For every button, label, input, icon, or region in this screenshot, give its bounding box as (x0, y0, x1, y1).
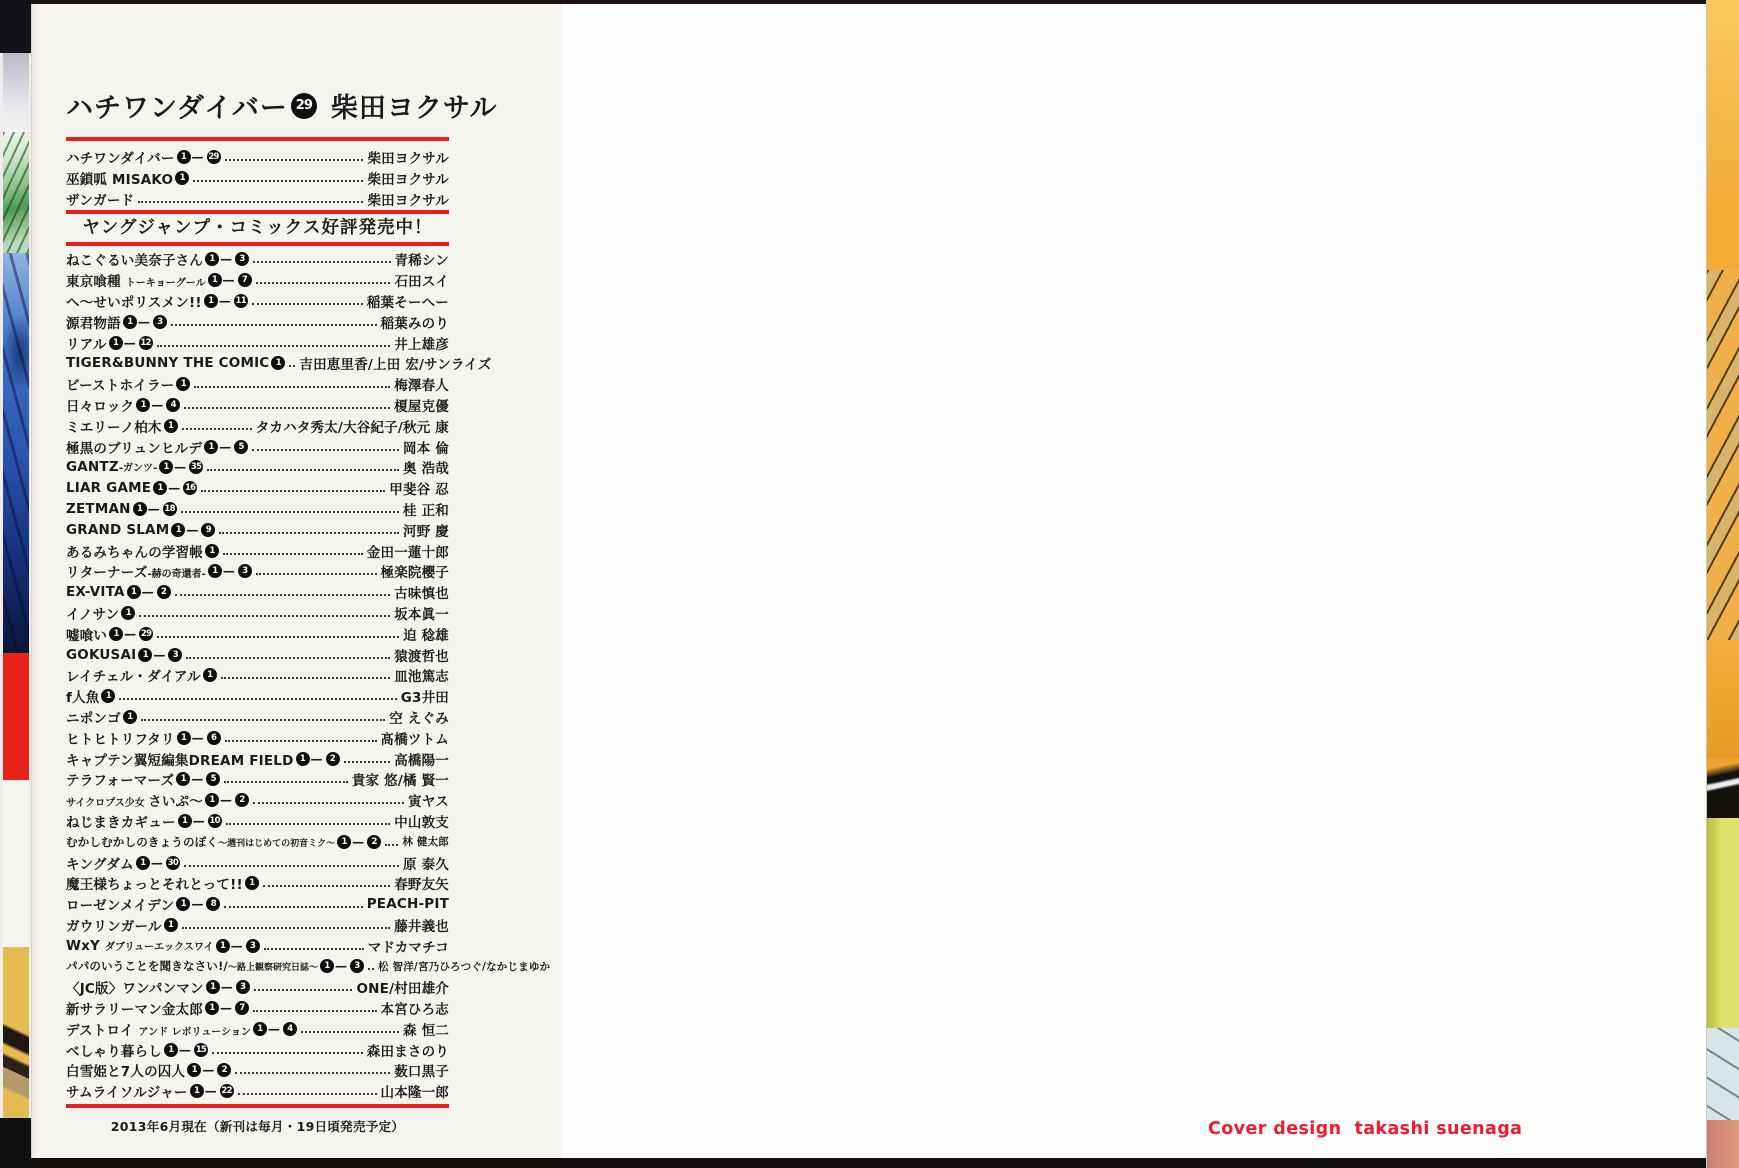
series-title: ザンガード (66, 189, 134, 209)
volume-badge-end: 16 (183, 481, 197, 495)
dot-leader (171, 324, 377, 326)
series-row: イノサン1坂本眞一 (66, 603, 449, 624)
cover-design-credit: Cover design takashi suenaga (1208, 1119, 1522, 1139)
series-row: むかしむかしのきょうのぼく〜週刊はじめての初音ミク〜1—2林 健太郎 (66, 831, 449, 852)
volume-badge-end: 9 (201, 523, 215, 537)
dot-leader (225, 159, 364, 161)
volume-range-dash: — (221, 980, 233, 994)
series-row: サムライソルジャー1—22山本隆一郎 (66, 1081, 449, 1102)
series-title-segment: トーキョーグール (126, 278, 206, 289)
series-title: WxY ダブリューエックスワイ (66, 938, 214, 954)
series-title-segment: 巫鎖呱 MISAKO (66, 172, 173, 188)
volume-badge-end: 3 (168, 648, 182, 662)
series-title-segment: ねじまきカギュー (66, 815, 176, 831)
series-author: 松 智洋/宮乃ひろつぐ/なかじまゆか (378, 959, 550, 974)
series-title: あるみちゃんの学習帳 (66, 541, 203, 561)
dot-leader (238, 1093, 377, 1095)
volume-badge-start: 1 (176, 897, 190, 911)
volume-range-dash: — (186, 523, 198, 537)
series-author: 森田まさのり (367, 1040, 449, 1060)
series-title-segment: あるみちゃんの学習帳 (66, 545, 203, 561)
red-rule (66, 137, 449, 141)
volume-range-dash: — (148, 502, 160, 516)
series-title-segment: TIGER&BUNNY THE COMIC (66, 355, 269, 371)
series-title: f人魚 (66, 686, 99, 706)
dot-leader (385, 844, 398, 846)
cover-art-right-bleed (1706, 0, 1739, 1168)
volume-badge-start: 1 (337, 835, 351, 849)
series-title-segment: パパのいうことを聞きなさい!/ (66, 959, 228, 973)
volume-badge-end: 7 (238, 273, 252, 287)
red-rule (66, 210, 449, 214)
series-title-segment: 〜路上観察研究日誌〜 (228, 963, 318, 973)
volume-badge-end: 2 (326, 752, 340, 766)
series-title-segment: デストロイ (66, 1023, 138, 1039)
volume-range-dash: — (220, 252, 232, 266)
series-title-segment: アンド レボリューション (138, 1027, 250, 1038)
series-title: ヒトヒトリフタリ (66, 728, 175, 748)
series-title: ビーストホイラー (66, 374, 174, 394)
series-title: 嘘喰い (66, 624, 107, 644)
series-title: ローゼンメイデン (66, 894, 174, 914)
series-title-segment: 源君物語 (66, 316, 121, 332)
series-author: 春野友矢 (394, 873, 449, 893)
series-title: 巫鎖呱 MISAKO (66, 168, 173, 188)
series-title-segment: WxY (66, 938, 105, 954)
volume-badge-start: 1 (178, 814, 192, 828)
series-row: リターナーズ-赫の奇還者-1—3極楽院櫻子 (66, 561, 449, 582)
volume-range-dash: — (168, 481, 180, 495)
series-title-segment: 〜週刊はじめての初音ミク〜 (218, 839, 335, 849)
right-bleed-black-diagonal (1707, 758, 1739, 818)
series-title-segment: 東京喰種 (66, 274, 126, 290)
dot-leader (139, 615, 390, 617)
series-author: G3井田 (401, 686, 449, 706)
series-row: TIGER&BUNNY THE COMIC1吉田恵里香/上田 宏/サンライズ (66, 353, 449, 374)
volume-badge-start: 1 (176, 772, 190, 786)
series-title-segment: ビーストホイラー (66, 378, 174, 394)
volume-badge-end: 18 (163, 502, 177, 516)
series-row: サイクロプス少女 さいぷ〜1—2寅ヤス (66, 790, 449, 811)
volume-badge-end: 2 (217, 1063, 231, 1077)
volume-badge-end: 3 (235, 252, 249, 266)
series-row: ザンガード柴田ヨクサル (66, 189, 449, 210)
dot-leader (368, 968, 374, 970)
volume-range-dash: — (202, 1063, 214, 1077)
volume-badge-start: 1 (109, 627, 123, 641)
dot-leader (184, 865, 399, 867)
series-row: キングダム1—30原 泰久 (66, 852, 449, 873)
volume-badge-start: 1 (208, 273, 222, 287)
volume-badge-start: 1 (175, 171, 189, 185)
series-row: 嘘喰い1—29迫 稔雄 (66, 623, 449, 644)
series-title: 魔王様ちょっとそれとって!! (66, 873, 243, 893)
volume-badge-end: 22 (220, 1084, 234, 1098)
volume-badge-start: 1 (121, 606, 135, 620)
dot-leader (221, 677, 390, 679)
series-row: 巫鎖呱 MISAKO1柴田ヨクサル (66, 167, 449, 188)
volume-range-dash: — (219, 440, 231, 454)
right-bleed-orange-mid (1707, 640, 1739, 758)
dot-leader (225, 740, 377, 742)
volume-range-dash: — (142, 585, 154, 599)
volume-badge-start: 1 (101, 689, 115, 703)
series-title: むかしむかしのきょうのぼく〜週刊はじめての初音ミク〜 (66, 834, 335, 850)
volume-range-dash: — (138, 315, 150, 329)
volume-range-dash: — (151, 856, 163, 870)
red-rule (66, 1104, 449, 1108)
volume-range-dash: — (223, 273, 235, 287)
publication-date-note: 2013年6月現在（新刊は毎月・19日頃発売予定） (66, 1117, 449, 1135)
series-title: ZETMAN (66, 501, 131, 517)
volume-badge-end: 2 (157, 585, 171, 599)
series-title-segment: ねこぐるい美奈子さん (66, 253, 203, 269)
series-author: 稲葉そーへー (367, 291, 449, 311)
dot-leader (186, 657, 390, 659)
series-author: 猿渡哲也 (394, 645, 449, 665)
series-row: ねこぐるい美奈子さん1—3青稀シン (66, 249, 449, 270)
series-title-segment: キャプテン翼短編集DREAM FIELD (66, 753, 294, 769)
series-row: 日々ロック1—4榎屋克優 (66, 395, 449, 416)
volume-badge-start: 1 (127, 585, 141, 599)
dot-leader (254, 989, 353, 991)
series-row: レイチェル・ダイアル1皿池篤志 (66, 665, 449, 686)
dot-leader (157, 636, 399, 638)
volume-range-dash: — (268, 1022, 280, 1036)
dot-leader (194, 386, 390, 388)
series-title: LIAR GAME (66, 480, 151, 496)
series-title-segment: 魔王様ちょっとそれとって!! (66, 877, 243, 893)
left-bleed-yellow-art (3, 947, 29, 1118)
series-author: 梅澤春人 (394, 374, 449, 394)
volume-range-dash: — (191, 772, 203, 786)
series-title-segment: さいぷ〜 (148, 794, 203, 810)
left-bleed-white (3, 780, 29, 947)
series-author: 中山敦支 (394, 811, 449, 831)
volume-badge-end: 2 (235, 793, 249, 807)
series-author: 空 えぐみ (389, 707, 449, 727)
dot-leader (141, 719, 385, 721)
series-author: 林 健太郎 (402, 834, 449, 849)
volume-badge-start: 1 (177, 150, 191, 164)
dot-leader (157, 345, 391, 347)
dot-leader (138, 201, 363, 203)
series-row: LIAR GAME1—16甲斐谷 忍 (66, 478, 449, 499)
right-bleed-pale-blue (1707, 1028, 1739, 1120)
dot-leader (119, 698, 396, 700)
series-title-segment: イノサン (66, 607, 119, 623)
series-title: べしゃり暮らし (66, 1040, 162, 1060)
left-bleed-black-top (0, 0, 31, 53)
dot-leader (256, 282, 391, 284)
volume-badge-end: 4 (283, 1022, 297, 1036)
dot-leader (252, 449, 399, 451)
series-row: 極黒のブリュンヒルデ1—5岡本 倫 (66, 436, 449, 457)
volume-badge-start: 1 (109, 336, 123, 350)
dot-leader (253, 1010, 377, 1012)
series-author: 柴田ヨクサル (367, 168, 449, 188)
right-bleed-orange-top (1707, 0, 1739, 270)
series-author: マドカマチコ (368, 936, 449, 956)
series-title-segment: ザンガード (66, 193, 134, 209)
series-title-segment: 極黒のブリュンヒルデ (66, 441, 202, 457)
volume-badge-end: 3 (153, 315, 167, 329)
volume-badge-end: 12 (139, 336, 153, 350)
dot-leader (224, 906, 362, 908)
series-title: イノサン (66, 603, 119, 623)
series-author: 岡本 倫 (403, 437, 449, 457)
volume-range-dash: — (335, 959, 347, 973)
volume-badge-end: 7 (235, 1001, 249, 1015)
volume-badge-end: 30 (166, 856, 180, 870)
series-title: GRAND SLAM (66, 522, 169, 538)
right-blank-page (562, 4, 1706, 1158)
left-bleed-green-art (3, 132, 29, 253)
volume-range-dash: — (174, 460, 186, 474)
volume-badge-end: 3 (246, 939, 260, 953)
series-title-segment: リアル (66, 337, 107, 353)
series-author: 山本隆一郎 (381, 1081, 450, 1101)
series-title: ハチワンダイバー (66, 147, 175, 167)
volume-badge-start: 1 (203, 668, 217, 682)
series-row: f人魚1G3井田 (66, 686, 449, 707)
volume-range-dash: — (220, 1001, 232, 1015)
series-row: ZETMAN1—18桂 正和 (66, 499, 449, 520)
series-author: 河野 慶 (403, 520, 449, 540)
series-title-segment: ローゼンメイデン (66, 898, 174, 914)
volume-badge-start: 1 (164, 918, 178, 932)
volume-badge-end: 4 (166, 398, 180, 412)
series-title-segment: ミエリーノ柏木 (66, 420, 162, 436)
volume-badge-start: 1 (123, 315, 137, 329)
dot-leader (253, 802, 404, 804)
series-title: レイチェル・ダイアル (66, 665, 201, 685)
volume-badge-start: 1 (205, 544, 219, 558)
volume-badge-end: 3 (236, 980, 250, 994)
series-author: 皿池篤志 (394, 665, 449, 685)
series-title-segment: EX-VITA (66, 584, 125, 600)
series-title: 日々ロック (66, 395, 134, 415)
series-row: パパのいうことを聞きなさい!/〜路上観察研究日誌〜1—3松 智洋/宮乃ひろつぐ/… (66, 956, 449, 977)
series-title-segment: ダブリューエックスワイ (105, 942, 214, 953)
volume-badge-end: 5 (206, 772, 220, 786)
series-title: EX-VITA (66, 584, 125, 600)
dot-leader (289, 365, 295, 367)
volume-range-dash: — (223, 564, 235, 578)
volume-badge-start: 1 (123, 710, 137, 724)
left-bleed-gray (3, 53, 29, 132)
volume-range-dash: — (153, 648, 165, 662)
volume-badge-end: 5 (234, 440, 248, 454)
volume-badge-start: 1 (245, 876, 259, 890)
series-title: ニポンゴ (66, 707, 121, 727)
series-author: 古味慎也 (394, 582, 449, 602)
same-author-series-list: ハチワンダイバー1—29柴田ヨクサル巫鎖呱 MISAKO1柴田ヨクサルザンガード… (66, 146, 449, 210)
volume-badge-end: 11 (234, 294, 248, 308)
series-row: あるみちゃんの学習帳1金田一蓮十郎 (66, 540, 449, 561)
volume-range-dash: — (219, 294, 231, 308)
series-author: 桂 正和 (403, 499, 449, 519)
series-title: GOKUSAI (66, 647, 136, 663)
left-bleed-black-bottom (0, 1118, 31, 1168)
volume-badge-start: 1 (153, 481, 167, 495)
series-title-segment: 新サラリーマン金太郎 (66, 1002, 203, 1018)
volume-badge-start: 1 (204, 440, 218, 454)
dot-leader (224, 781, 348, 783)
left-bleed-red-block (3, 653, 29, 780)
dot-leader (252, 303, 363, 305)
volume-badge-start: 1 (164, 419, 178, 433)
series-title: TIGER&BUNNY THE COMIC (66, 355, 269, 371)
volume-badge-end: 15 (194, 1043, 208, 1057)
series-title-segment: LIAR GAME (66, 480, 151, 496)
series-title-segment: -赫の奇還者- (148, 569, 206, 580)
series-row: EX-VITA1—2古味慎也 (66, 582, 449, 603)
series-row: へ〜せいポリスメン!!1—11稲葉そーへー (66, 291, 449, 312)
series-title-segment: -ガンツ- (119, 463, 157, 474)
series-author: 榎屋克優 (394, 395, 449, 415)
series-title-segment: サイクロプス少女 (66, 798, 148, 809)
series-row: GRAND SLAM1—9河野 慶 (66, 519, 449, 540)
volume-badge-start: 1 (205, 1001, 219, 1015)
series-title: キングダム (66, 853, 134, 873)
series-author: 奥 浩哉 (403, 457, 449, 477)
volume-badge-start: 1 (190, 1084, 204, 1098)
left-bleed-blue-art (3, 253, 29, 653)
bottom-trim-bar (0, 1158, 1739, 1168)
series-title: ねじまきカギュー (66, 811, 176, 831)
series-row: WxY ダブリューエックスワイ1—3マドカマチコ (66, 935, 449, 956)
volume-badge-start: 1 (206, 980, 220, 994)
volume-badge-end: 29 (207, 150, 221, 164)
volume-badge-start: 1 (320, 959, 334, 973)
series-author: 寅ヤス (408, 790, 449, 810)
imprint-banner: ヤングジャンプ・コミックス好評発売中！ (66, 214, 449, 239)
dot-leader (256, 573, 377, 575)
series-author: 吉田恵里香/上田 宏/サンライズ (299, 353, 491, 373)
series-row: GOKUSAI1—3猿渡哲也 (66, 644, 449, 665)
volume-range-dash: — (205, 1084, 217, 1098)
series-row: ガウリンガール1藤井義也 (66, 915, 449, 936)
series-author: 高橋陽一 (394, 749, 449, 769)
volume-range-dash: — (191, 897, 203, 911)
series-title-segment: f人魚 (66, 690, 99, 706)
volume-range-dash: — (179, 1043, 191, 1057)
series-title: 東京喰種 トーキョーグール (66, 270, 206, 290)
series-title: サイクロプス少女 さいぷ〜 (66, 790, 203, 810)
series-author: 井上雄彦 (394, 333, 449, 353)
volume-badge-start: 1 (138, 648, 152, 662)
volume-range-dash: — (352, 835, 364, 849)
series-author: 藤井義也 (394, 915, 449, 935)
volume-range-dash: — (220, 793, 232, 807)
volume-badge-start: 1 (216, 939, 230, 953)
volume-badge-start: 1 (271, 356, 285, 370)
series-row: ねじまきカギュー1—10中山敦支 (66, 811, 449, 832)
series-catalog-list: ねこぐるい美奈子さん1—3青稀シン東京喰種 トーキョーグール1—7石田スイへ〜せ… (66, 249, 449, 1102)
volume-range-dash: — (192, 731, 204, 745)
series-title: 〈JC版〉ワンパンマン (66, 977, 204, 997)
dot-leader (181, 511, 399, 513)
series-title: GANTZ-ガンツ- (66, 459, 157, 475)
series-title-segment: 日々ロック (66, 399, 134, 415)
series-title-segment: ニポンゴ (66, 711, 121, 727)
series-title: リアル (66, 333, 107, 353)
series-title: ねこぐるい美奈子さん (66, 249, 203, 269)
series-row: テラフォーマーズ1—5貴家 悠/橘 賢一 (66, 769, 449, 790)
volume-badge-start: 1 (171, 523, 185, 537)
volume-badge-start: 1 (205, 252, 219, 266)
red-rule (66, 242, 449, 246)
volume-badge-start: 1 (133, 502, 147, 516)
series-title: サムライソルジャー (66, 1081, 188, 1101)
series-title: パパのいうことを聞きなさい!/〜路上観察研究日誌〜 (66, 958, 318, 974)
dot-leader (219, 532, 399, 534)
series-title: リターナーズ-赫の奇還者- (66, 561, 206, 581)
series-author: 本宮ひろ志 (381, 998, 450, 1018)
book-title-row: ハチワンダイバー29 柴田ヨクサル (66, 86, 449, 125)
series-title: ガウリンガール (66, 915, 162, 935)
series-author: 髙橋ツトム (381, 728, 450, 748)
volume-badge-start: 1 (177, 731, 191, 745)
series-title-segment: ヒトヒトリフタリ (66, 732, 175, 748)
series-title: 極黒のブリュンヒルデ (66, 437, 202, 457)
series-title-segment: ガウリンガール (66, 919, 162, 935)
volume-range-dash: — (192, 150, 204, 164)
series-row: 東京喰種 トーキョーグール1—7石田スイ (66, 270, 449, 291)
volume-badge-end: 2 (367, 835, 381, 849)
volume-badge-start: 1 (159, 460, 173, 474)
volume-badge-end: 35 (189, 460, 203, 474)
book-title: ハチワンダイバー (66, 86, 288, 125)
series-row: デストロイ アンド レボリューション1—4森 恒二 (66, 1018, 449, 1039)
volume-range-dash: — (124, 627, 136, 641)
series-row: 〈JC版〉ワンパンマン1—3ONE/村田雄介 (66, 977, 449, 998)
volume-badge-end: 3 (350, 959, 364, 973)
series-author: 極楽院櫻子 (381, 561, 450, 581)
series-row: 白雪姫と7人の囚人1—2薮口黒子 (66, 1060, 449, 1081)
series-row: 源君物語1—3稲葉みのり (66, 311, 449, 332)
series-title: 新サラリーマン金太郎 (66, 998, 203, 1018)
series-author: 坂本眞一 (394, 603, 449, 623)
cover-art-left-bleed (0, 0, 31, 1168)
book-volume-badge: 29 (291, 93, 317, 119)
series-title: デストロイ アンド レボリューション (66, 1019, 251, 1039)
series-title: テラフォーマーズ (66, 769, 174, 789)
volume-badge-start: 1 (176, 377, 190, 391)
volume-badge-start: 1 (253, 1022, 267, 1036)
right-bleed-yellow-green (1707, 818, 1739, 1028)
series-row: ローゼンメイデン1—8PEACH-PIT (66, 894, 449, 915)
volume-badge-start: 1 (164, 1043, 178, 1057)
volume-range-dash: — (231, 939, 243, 953)
dot-leader (207, 469, 399, 471)
volume-badge-end: 3 (238, 564, 252, 578)
series-row: キャプテン翼短編集DREAM FIELD1—2高橋陽一 (66, 748, 449, 769)
series-author: 原 泰久 (403, 853, 449, 873)
series-title-segment: へ〜せいポリスメン!! (66, 295, 202, 311)
dot-leader (263, 885, 390, 887)
series-row: 新サラリーマン金太郎1—7本宮ひろ志 (66, 998, 449, 1019)
series-author: ONE/村田雄介 (356, 977, 449, 997)
book-list-page: ハチワンダイバー29 柴田ヨクサル ハチワンダイバー1—29柴田ヨクサル巫鎖呱 … (31, 4, 562, 1158)
series-row: GANTZ-ガンツ-1—35奥 浩哉 (66, 457, 449, 478)
volume-range-dash: — (124, 336, 136, 350)
volume-badge-start: 1 (205, 793, 219, 807)
series-row: 魔王様ちょっとそれとって!!1春野友矢 (66, 873, 449, 894)
series-title-segment: GRAND SLAM (66, 522, 169, 538)
book-author: 柴田ヨクサル (331, 86, 498, 125)
